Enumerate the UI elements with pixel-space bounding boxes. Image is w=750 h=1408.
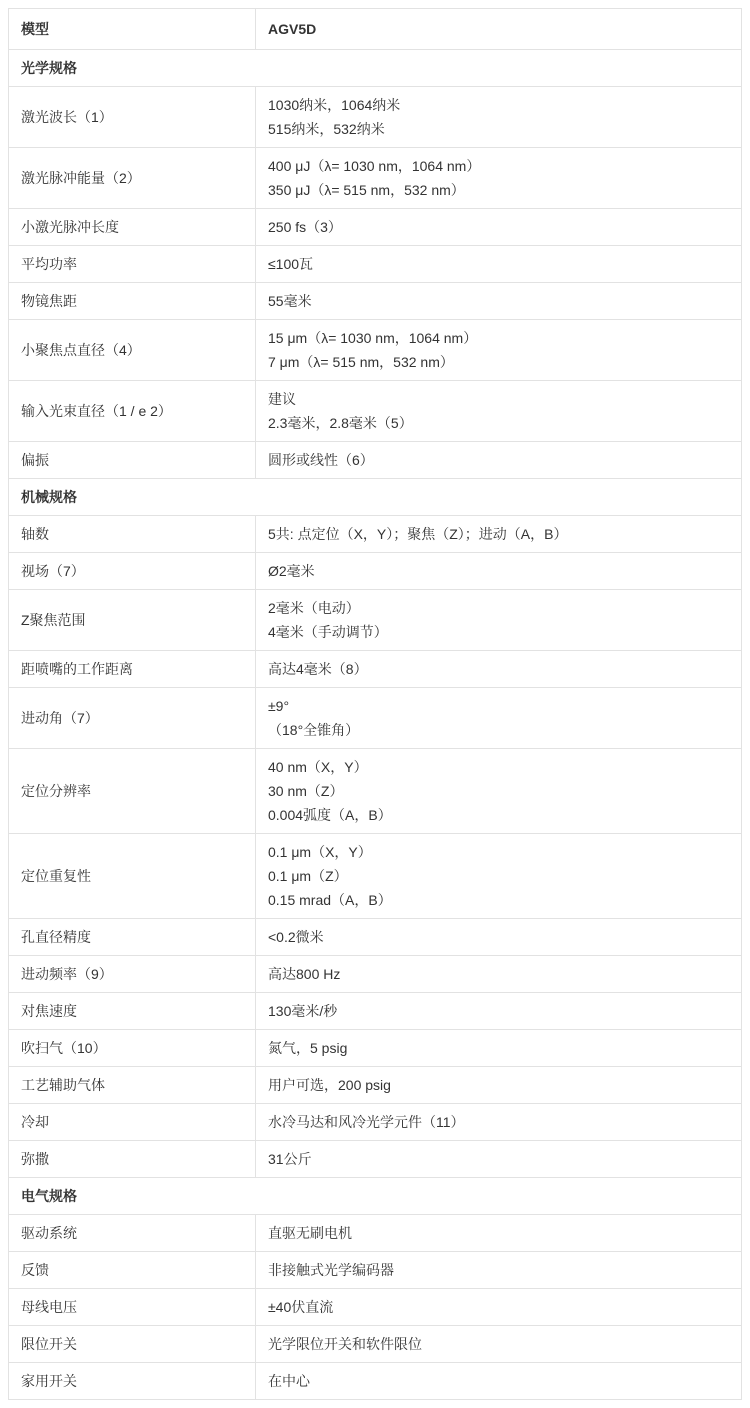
section-row: 机械规格 xyxy=(9,479,742,516)
spec-value-line: 圆形或线性（6） xyxy=(268,448,729,472)
spec-label: 进动角（7） xyxy=(9,688,256,749)
spec-value: ±40伏直流 xyxy=(256,1289,742,1326)
spec-value-line: 515纳米，532纳米 xyxy=(268,117,729,141)
spec-value-line: 2毫米（电动） xyxy=(268,596,729,620)
section-title: 光学规格 xyxy=(9,50,742,87)
spec-value-line: 7 μm（λ= 515 nm，532 nm） xyxy=(268,350,729,374)
spec-row: 视场（7）Ø2毫米 xyxy=(9,553,742,590)
spec-value: 圆形或线性（6） xyxy=(256,442,742,479)
spec-row: 进动频率（9）高达800 Hz xyxy=(9,956,742,993)
spec-label: 距喷嘴的工作距离 xyxy=(9,651,256,688)
spec-value: 高达4毫米（8） xyxy=(256,651,742,688)
spec-value-line: 350 μJ（λ= 515 nm，532 nm） xyxy=(268,178,729,202)
spec-row: 轴数5共: 点定位（X，Y）；聚焦（Z）；进动（A，B） xyxy=(9,516,742,553)
spec-row: 平均功率≤100瓦 xyxy=(9,246,742,283)
spec-label: 小聚焦点直径（4） xyxy=(9,320,256,381)
spec-value-line: 31公斤 xyxy=(268,1147,729,1171)
section-row: 电气规格 xyxy=(9,1178,742,1215)
spec-row: Z聚焦范围2毫米（电动）4毫米（手动调节） xyxy=(9,590,742,651)
spec-value: 250 fs（3） xyxy=(256,209,742,246)
spec-row: 冷却水冷马达和风冷光学元件（11） xyxy=(9,1104,742,1141)
spec-row: 家用开关在中心 xyxy=(9,1363,742,1400)
spec-row: 小聚焦点直径（4）15 μm（λ= 1030 nm，1064 nm）7 μm（λ… xyxy=(9,320,742,381)
spec-row: 吹扫气（10）氮气，5 psig xyxy=(9,1030,742,1067)
spec-value: 130毫米/秒 xyxy=(256,993,742,1030)
spec-row: 激光波长（1）1030纳米，1064纳米515纳米，532纳米 xyxy=(9,87,742,148)
spec-value: 非接触式光学编码器 xyxy=(256,1252,742,1289)
spec-value-line: 250 fs（3） xyxy=(268,215,729,239)
model-header-row: 模型 AGV5D xyxy=(9,9,742,50)
spec-value: 31公斤 xyxy=(256,1141,742,1178)
spec-value-line: 高达4毫米（8） xyxy=(268,657,729,681)
spec-value: ≤100瓦 xyxy=(256,246,742,283)
spec-label: 工艺辅助气体 xyxy=(9,1067,256,1104)
spec-label: 驱动系统 xyxy=(9,1215,256,1252)
spec-value-line: 2.3毫米，2.8毫米（5） xyxy=(268,411,729,435)
spec-value: 在中心 xyxy=(256,1363,742,1400)
spec-label: 冷却 xyxy=(9,1104,256,1141)
spec-row: 母线电压±40伏直流 xyxy=(9,1289,742,1326)
spec-value: 高达800 Hz xyxy=(256,956,742,993)
spec-value-line: 建议 xyxy=(268,387,729,411)
model-header-label: 模型 xyxy=(9,9,256,50)
spec-label: 孔直径精度 xyxy=(9,919,256,956)
page: 模型 AGV5D 光学规格激光波长（1）1030纳米，1064纳米515纳米，5… xyxy=(0,0,750,1408)
spec-row: 驱动系统直驱无刷电机 xyxy=(9,1215,742,1252)
spec-row: 激光脉冲能量（2）400 μJ（λ= 1030 nm，1064 nm）350 μ… xyxy=(9,148,742,209)
spec-label: 输入光束直径（1 / e 2） xyxy=(9,381,256,442)
spec-label: 激光波长（1） xyxy=(9,87,256,148)
spec-value-line: 40 nm（X，Y） xyxy=(268,755,729,779)
spec-label: 激光脉冲能量（2） xyxy=(9,148,256,209)
spec-label: 限位开关 xyxy=(9,1326,256,1363)
spec-row: 定位分辨率40 nm（X，Y）30 nm（Z）0.004弧度（A，B） xyxy=(9,749,742,834)
spec-value-line: 在中心 xyxy=(268,1369,729,1393)
spec-value-line: 130毫米/秒 xyxy=(268,999,729,1023)
spec-value: 40 nm（X，Y）30 nm（Z）0.004弧度（A，B） xyxy=(256,749,742,834)
spec-label: Z聚焦范围 xyxy=(9,590,256,651)
spec-value-line: 水冷马达和风冷光学元件（11） xyxy=(268,1110,729,1134)
spec-value-line: 0.15 mrad（A，B） xyxy=(268,888,729,912)
spec-value-line: 光学限位开关和软件限位 xyxy=(268,1332,729,1356)
spec-value: 1030纳米，1064纳米515纳米，532纳米 xyxy=(256,87,742,148)
spec-value: 2毫米（电动）4毫米（手动调节） xyxy=(256,590,742,651)
spec-value-line: 4毫米（手动调节） xyxy=(268,620,729,644)
spec-row: 对焦速度130毫米/秒 xyxy=(9,993,742,1030)
section-title: 机械规格 xyxy=(9,479,742,516)
spec-value: 氮气，5 psig xyxy=(256,1030,742,1067)
spec-value-line: 400 μJ（λ= 1030 nm，1064 nm） xyxy=(268,154,729,178)
spec-value-line: <0.2微米 xyxy=(268,925,729,949)
spec-label: 物镜焦距 xyxy=(9,283,256,320)
spec-label: 平均功率 xyxy=(9,246,256,283)
spec-table-body: 模型 AGV5D 光学规格激光波长（1）1030纳米，1064纳米515纳米，5… xyxy=(9,9,742,1400)
spec-value-line: 0.1 μm（Z） xyxy=(268,864,729,888)
spec-value-line: Ø2毫米 xyxy=(268,559,729,583)
spec-value-line: 氮气，5 psig xyxy=(268,1036,729,1060)
spec-row: 距喷嘴的工作距离高达4毫米（8） xyxy=(9,651,742,688)
spec-value: Ø2毫米 xyxy=(256,553,742,590)
spec-label: 吹扫气（10） xyxy=(9,1030,256,1067)
spec-row: 工艺辅助气体用户可选，200 psig xyxy=(9,1067,742,1104)
spec-value-line: 0.004弧度（A，B） xyxy=(268,803,729,827)
spec-value-line: 直驱无刷电机 xyxy=(268,1221,729,1245)
spec-value-line: 高达800 Hz xyxy=(268,962,729,986)
spec-value-line: 15 μm（λ= 1030 nm，1064 nm） xyxy=(268,326,729,350)
spec-label: 轴数 xyxy=(9,516,256,553)
spec-label: 定位重复性 xyxy=(9,834,256,919)
spec-value-line: 非接触式光学编码器 xyxy=(268,1258,729,1282)
spec-row: 偏振圆形或线性（6） xyxy=(9,442,742,479)
spec-row: 输入光束直径（1 / e 2）建议2.3毫米，2.8毫米（5） xyxy=(9,381,742,442)
section-row: 光学规格 xyxy=(9,50,742,87)
spec-value: 400 μJ（λ= 1030 nm，1064 nm）350 μJ（λ= 515 … xyxy=(256,148,742,209)
spec-value: 直驱无刷电机 xyxy=(256,1215,742,1252)
spec-row: 孔直径精度<0.2微米 xyxy=(9,919,742,956)
model-header-value: AGV5D xyxy=(256,9,742,50)
spec-label: 定位分辨率 xyxy=(9,749,256,834)
spec-row: 限位开关光学限位开关和软件限位 xyxy=(9,1326,742,1363)
spec-row: 弥撒31公斤 xyxy=(9,1141,742,1178)
spec-label: 家用开关 xyxy=(9,1363,256,1400)
spec-value: 水冷马达和风冷光学元件（11） xyxy=(256,1104,742,1141)
spec-label: 母线电压 xyxy=(9,1289,256,1326)
spec-row: 物镜焦距55毫米 xyxy=(9,283,742,320)
spec-value: 5共: 点定位（X，Y）；聚焦（Z）；进动（A，B） xyxy=(256,516,742,553)
spec-value: 光学限位开关和软件限位 xyxy=(256,1326,742,1363)
spec-label: 对焦速度 xyxy=(9,993,256,1030)
spec-label: 偏振 xyxy=(9,442,256,479)
spec-value: 55毫米 xyxy=(256,283,742,320)
spec-value: 建议2.3毫米，2.8毫米（5） xyxy=(256,381,742,442)
section-title: 电气规格 xyxy=(9,1178,742,1215)
spec-label: 小激光脉冲长度 xyxy=(9,209,256,246)
spec-value-line: （18°全锥角） xyxy=(268,718,729,742)
spec-row: 进动角（7）±9°（18°全锥角） xyxy=(9,688,742,749)
spec-label: 反馈 xyxy=(9,1252,256,1289)
spec-value: <0.2微米 xyxy=(256,919,742,956)
spec-value: ±9°（18°全锥角） xyxy=(256,688,742,749)
spec-row: 小激光脉冲长度250 fs（3） xyxy=(9,209,742,246)
spec-value-line: 0.1 μm（X，Y） xyxy=(268,840,729,864)
spec-value-line: 用户可选，200 psig xyxy=(268,1073,729,1097)
spec-label: 弥撒 xyxy=(9,1141,256,1178)
spec-value-line: ±9° xyxy=(268,694,729,718)
spec-value-line: 55毫米 xyxy=(268,289,729,313)
spec-value-line: 1030纳米，1064纳米 xyxy=(268,93,729,117)
spec-value-line: 5共: 点定位（X，Y）；聚焦（Z）；进动（A，B） xyxy=(268,522,729,546)
spec-label: 进动频率（9） xyxy=(9,956,256,993)
spec-row: 定位重复性0.1 μm（X，Y）0.1 μm（Z）0.15 mrad（A，B） xyxy=(9,834,742,919)
spec-value: 用户可选，200 psig xyxy=(256,1067,742,1104)
spec-label: 视场（7） xyxy=(9,553,256,590)
spec-table: 模型 AGV5D 光学规格激光波长（1）1030纳米，1064纳米515纳米，5… xyxy=(8,8,742,1400)
spec-value-line: 30 nm（Z） xyxy=(268,779,729,803)
spec-value: 0.1 μm（X，Y）0.1 μm（Z）0.15 mrad（A，B） xyxy=(256,834,742,919)
spec-value-line: ±40伏直流 xyxy=(268,1295,729,1319)
spec-row: 反馈非接触式光学编码器 xyxy=(9,1252,742,1289)
spec-value-line: ≤100瓦 xyxy=(268,252,729,276)
spec-value: 15 μm（λ= 1030 nm，1064 nm）7 μm（λ= 515 nm，… xyxy=(256,320,742,381)
